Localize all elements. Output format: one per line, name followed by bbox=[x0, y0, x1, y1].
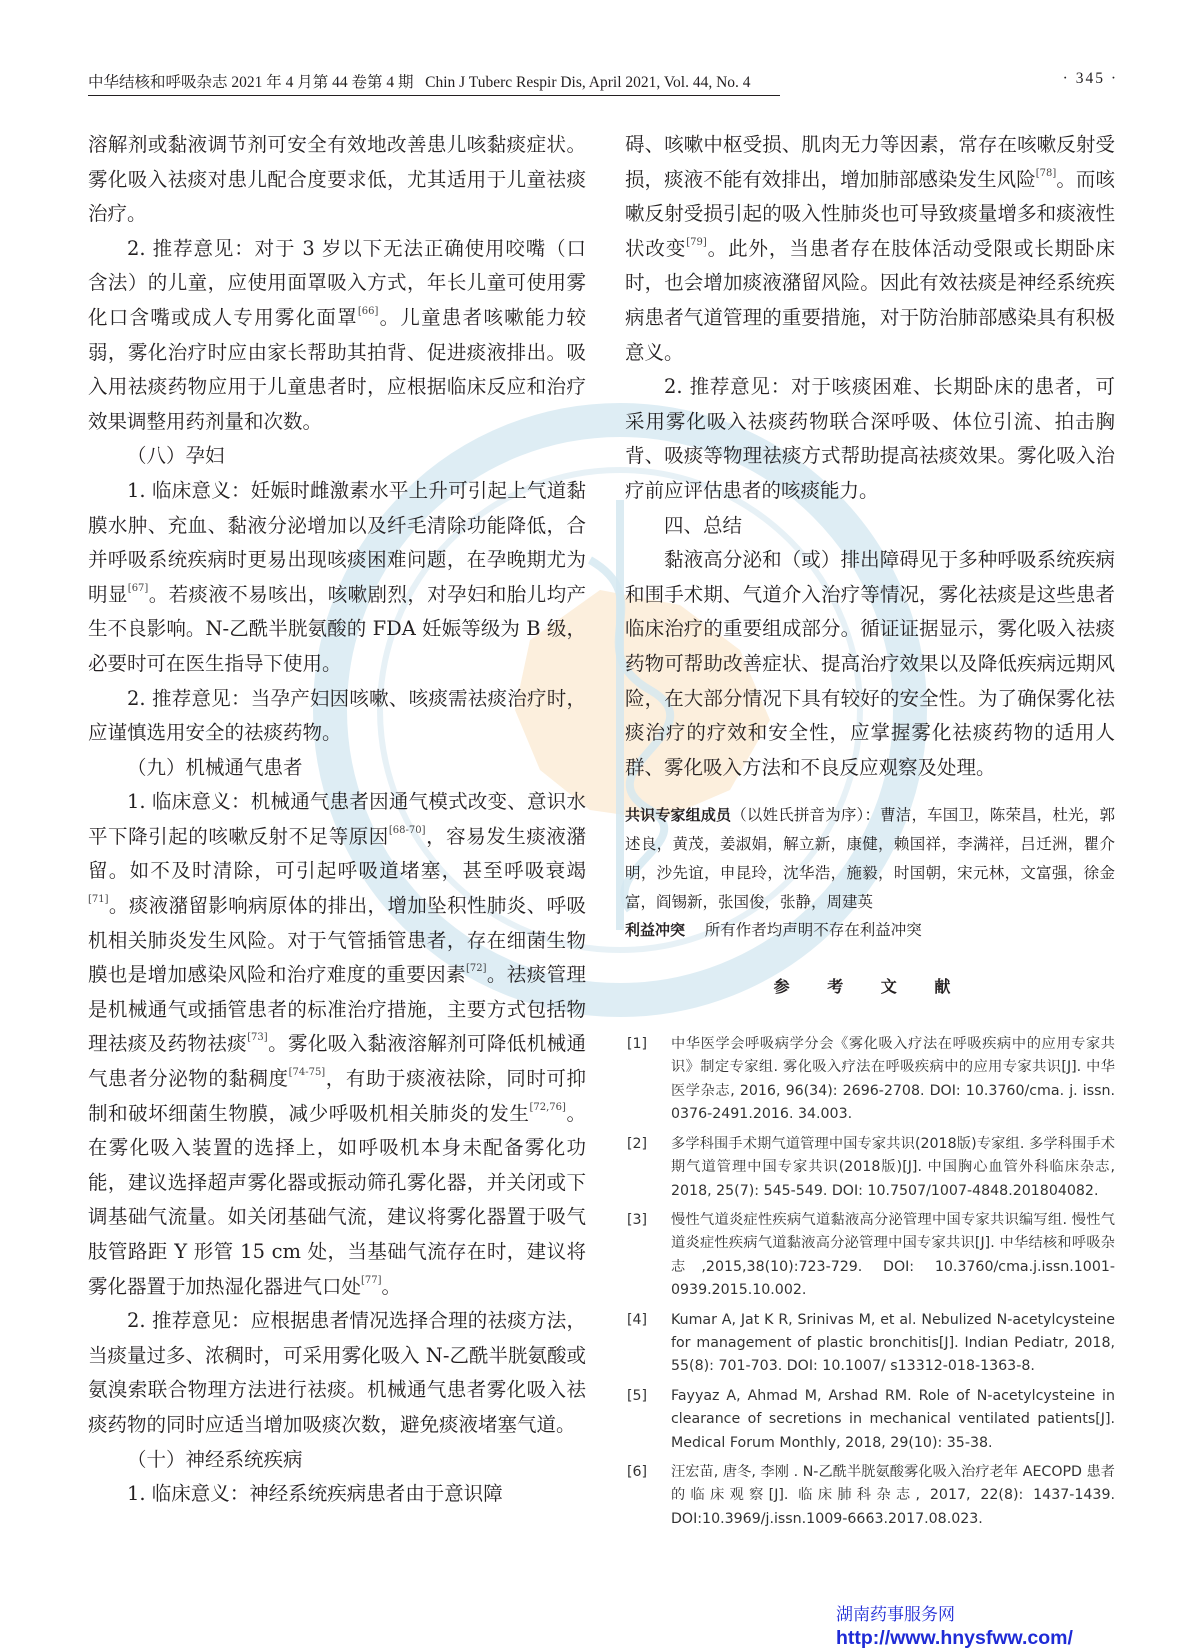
body-paragraph: 1. 临床意义：神经系统疾病患者由于意识障 bbox=[88, 1477, 586, 1512]
paragraph-text: 2. 推荐意见：应根据患者情况选择合理的祛痰方法，当痰量过多、浓稠时，可采用雾化… bbox=[88, 1309, 586, 1436]
running-head: 中华结核和呼吸杂志 2021 年 4 月第 44 卷第 4 期 Chin J T… bbox=[88, 70, 1118, 94]
reference-list: [1]中华医学会呼吸病学分会《雾化吸入疗法在呼吸疾病中的应用专家共识》制定专家组… bbox=[625, 1033, 1115, 1531]
journal-citation: 中华结核和呼吸杂志 2021 年 4 月第 44 卷第 4 期 Chin J T… bbox=[88, 70, 780, 96]
conflict-of-interest-label: 利益冲突 bbox=[625, 921, 685, 939]
reference-item: [4]Kumar A, Jat K R, Srinivas M, et al. … bbox=[625, 1309, 1115, 1379]
section-heading: （八）孕妇 bbox=[88, 439, 586, 474]
section-heading: （十）神经系统疾病 bbox=[88, 1443, 586, 1478]
footer-site-name: 湖南药事服务网 bbox=[836, 1605, 955, 1625]
conflict-of-interest-text: 所有作者均声明不存在利益冲突 bbox=[705, 921, 922, 939]
paragraph-text: 碍、咳嗽中枢受损、肌肉无力等因素，常存在咳嗽反射受损，痰液不能有效排出，增加肺部… bbox=[625, 133, 1115, 191]
paragraph-text: （八）孕妇 bbox=[127, 444, 225, 467]
paragraph-text: 。在雾化吸入装置的选择上，如呼吸机本身未配备雾化功能，建议选择超声雾化器或振动筛… bbox=[88, 1102, 586, 1298]
paragraph-text: 黏液高分泌和（或）排出障碍见于多种呼吸系统疾病和围手术期、气道介入治疗等情况，雾… bbox=[625, 548, 1115, 779]
reference-number: [6] bbox=[625, 1461, 671, 1531]
body-paragraph: 1. 临床意义：妊娠时雌激素水平上升可引起上气道黏膜水肿、充血、黏液分泌增加以及… bbox=[88, 474, 586, 682]
paragraph-text: 。若痰液不易咳出，咳嗽剧烈，对孕妇和胎儿均产生不良影响。N-乙酰半胱氨酸的 FD… bbox=[88, 583, 586, 675]
reference-number: [5] bbox=[625, 1385, 671, 1455]
citation-marker[interactable]: [72] bbox=[466, 963, 487, 974]
citation-marker[interactable]: [66] bbox=[358, 306, 379, 317]
paragraph-text: 2. 推荐意见：当孕产妇因咳嗽、咳痰需祛痰治疗时，应谨慎选用安全的祛痰药物。 bbox=[88, 687, 586, 745]
reference-number: [3] bbox=[625, 1209, 671, 1303]
paragraph-text: 。 bbox=[382, 1275, 402, 1298]
paragraph-text: 四、总结 bbox=[664, 514, 742, 537]
body-paragraph: 1. 临床意义：机械通气患者因通气模式改变、意识水平下降引起的咳嗽反射不足等原因… bbox=[88, 785, 586, 1304]
right-column-body: 碍、咳嗽中枢受损、肌肉无力等因素，常存在咳嗽反射受损，痰液不能有效排出，增加肺部… bbox=[625, 128, 1115, 785]
section-heading: （九）机械通气患者 bbox=[88, 751, 586, 786]
reference-text: Fayyaz A, Ahmad M, Arshad RM. Role of N-… bbox=[671, 1385, 1115, 1455]
citation-marker[interactable]: [77] bbox=[361, 1275, 382, 1286]
reference-item: [6]汪宏苗, 唐冬, 李刚 . N-乙酰半胱氨酸雾化吸入治疗老年 AECOPD… bbox=[625, 1461, 1115, 1531]
paragraph-text: 溶解剂或黏液调节剂可安全有效地改善患儿咳黏痰症状。雾化吸入祛痰对患儿配合度要求低… bbox=[88, 133, 586, 225]
conflict-of-interest: 利益冲突 所有作者均声明不存在利益冲突 bbox=[625, 916, 1115, 944]
body-paragraph: 碍、咳嗽中枢受损、肌肉无力等因素，常存在咳嗽反射受损，痰液不能有效排出，增加肺部… bbox=[625, 128, 1115, 370]
paragraph-text: 2. 推荐意见：对于咳痰困难、长期卧床的患者，可采用雾化吸入祛痰药物联合深呼吸、… bbox=[625, 375, 1115, 502]
body-paragraph: 2. 推荐意见：当孕产妇因咳嗽、咳痰需祛痰治疗时，应谨慎选用安全的祛痰药物。 bbox=[88, 682, 586, 751]
page-number: · 345 · bbox=[1063, 70, 1118, 88]
footer-site-link[interactable]: http://www.hnysfww.com/ bbox=[836, 1627, 1073, 1650]
left-column: 溶解剂或黏液调节剂可安全有效地改善患儿咳黏痰症状。雾化吸入祛痰对患儿配合度要求低… bbox=[88, 128, 586, 1512]
body-paragraph: 2. 推荐意见：对于 3 岁以下无法正确使用咬嘴（口含法）的儿童，应使用面罩吸入… bbox=[88, 232, 586, 440]
body-paragraph: 黏液高分泌和（或）排出障碍见于多种呼吸系统疾病和围手术期、气道介入治疗等情况，雾… bbox=[625, 543, 1115, 785]
citation-marker[interactable]: [79] bbox=[686, 237, 707, 248]
paragraph-text: （十）神经系统疾病 bbox=[127, 1448, 303, 1471]
citation-marker[interactable]: [74-75] bbox=[289, 1067, 326, 1078]
references-title: 参 考 文 献 bbox=[625, 970, 1115, 1005]
reference-text: 慢性气道炎症性疾病气道黏液高分泌管理中国专家共识编写组. 慢性气道炎症性疾病气道… bbox=[671, 1209, 1115, 1303]
expert-panel-note: （以姓氏拼音为序）： bbox=[731, 806, 880, 824]
reference-number: [4] bbox=[625, 1309, 671, 1379]
citation-marker[interactable]: [68-70] bbox=[389, 825, 426, 836]
citation-marker[interactable]: [67] bbox=[128, 583, 149, 594]
expert-panel-label: 共识专家组成员 bbox=[625, 806, 731, 824]
body-paragraph: 2. 推荐意见：对于咳痰困难、长期卧床的患者，可采用雾化吸入祛痰药物联合深呼吸、… bbox=[625, 370, 1115, 508]
paragraph-text: 。此外，当患者存在肢体活动受限或长期卧床时，也会增加痰液潴留风险。因此有效祛痰是… bbox=[625, 237, 1115, 364]
citation-marker[interactable]: [72,76] bbox=[529, 1102, 565, 1113]
reference-text: Kumar A, Jat K R, Srinivas M, et al. Neb… bbox=[671, 1309, 1115, 1379]
reference-text: 多学科围手术期气道管理中国专家共识(2018版)专家组. 多学科围手术期气道管理… bbox=[671, 1133, 1115, 1203]
body-paragraph: 2. 推荐意见：应根据患者情况选择合理的祛痰方法，当痰量过多、浓稠时，可采用雾化… bbox=[88, 1304, 586, 1442]
journal-name-en: Chin J Tuberc Respir Dis, April 2021, Vo… bbox=[425, 74, 750, 91]
citation-marker[interactable]: [71] bbox=[88, 894, 109, 905]
section-heading: 四、总结 bbox=[625, 509, 1115, 544]
reference-number: [1] bbox=[625, 1033, 671, 1127]
citation-marker[interactable]: [78] bbox=[1036, 168, 1057, 179]
right-column: 碍、咳嗽中枢受损、肌肉无力等因素，常存在咳嗽反射受损，痰液不能有效排出，增加肺部… bbox=[625, 128, 1115, 1537]
reference-item: [2]多学科围手术期气道管理中国专家共识(2018版)专家组. 多学科围手术期气… bbox=[625, 1133, 1115, 1203]
reference-item: [5]Fayyaz A, Ahmad M, Arshad RM. Role of… bbox=[625, 1385, 1115, 1455]
body-paragraph: 溶解剂或黏液调节剂可安全有效地改善患儿咳黏痰症状。雾化吸入祛痰对患儿配合度要求低… bbox=[88, 128, 586, 232]
paragraph-text: 1. 临床意义：神经系统疾病患者由于意识障 bbox=[127, 1482, 503, 1505]
reference-item: [1]中华医学会呼吸病学分会《雾化吸入疗法在呼吸疾病中的应用专家共识》制定专家组… bbox=[625, 1033, 1115, 1127]
reference-number: [2] bbox=[625, 1133, 671, 1203]
journal-name-cn: 中华结核和呼吸杂志 2021 年 4 月第 44 卷第 4 期 bbox=[88, 74, 414, 91]
reference-text: 中华医学会呼吸病学分会《雾化吸入疗法在呼吸疾病中的应用专家共识》制定专家组. 雾… bbox=[671, 1033, 1115, 1127]
reference-text: 汪宏苗, 唐冬, 李刚 . N-乙酰半胱氨酸雾化吸入治疗老年 AECOPD 患者… bbox=[671, 1461, 1115, 1531]
reference-item: [3]慢性气道炎症性疾病气道黏液高分泌管理中国专家共识编写组. 慢性气道炎症性疾… bbox=[625, 1209, 1115, 1303]
expert-panel: 共识专家组成员（以姓氏拼音为序）：曹洁，车国卫，陈荣昌，杜光，郭述良，黄茂，姜淑… bbox=[625, 801, 1115, 916]
paragraph-text: （九）机械通气患者 bbox=[127, 756, 303, 779]
citation-marker[interactable]: [73] bbox=[247, 1032, 268, 1043]
